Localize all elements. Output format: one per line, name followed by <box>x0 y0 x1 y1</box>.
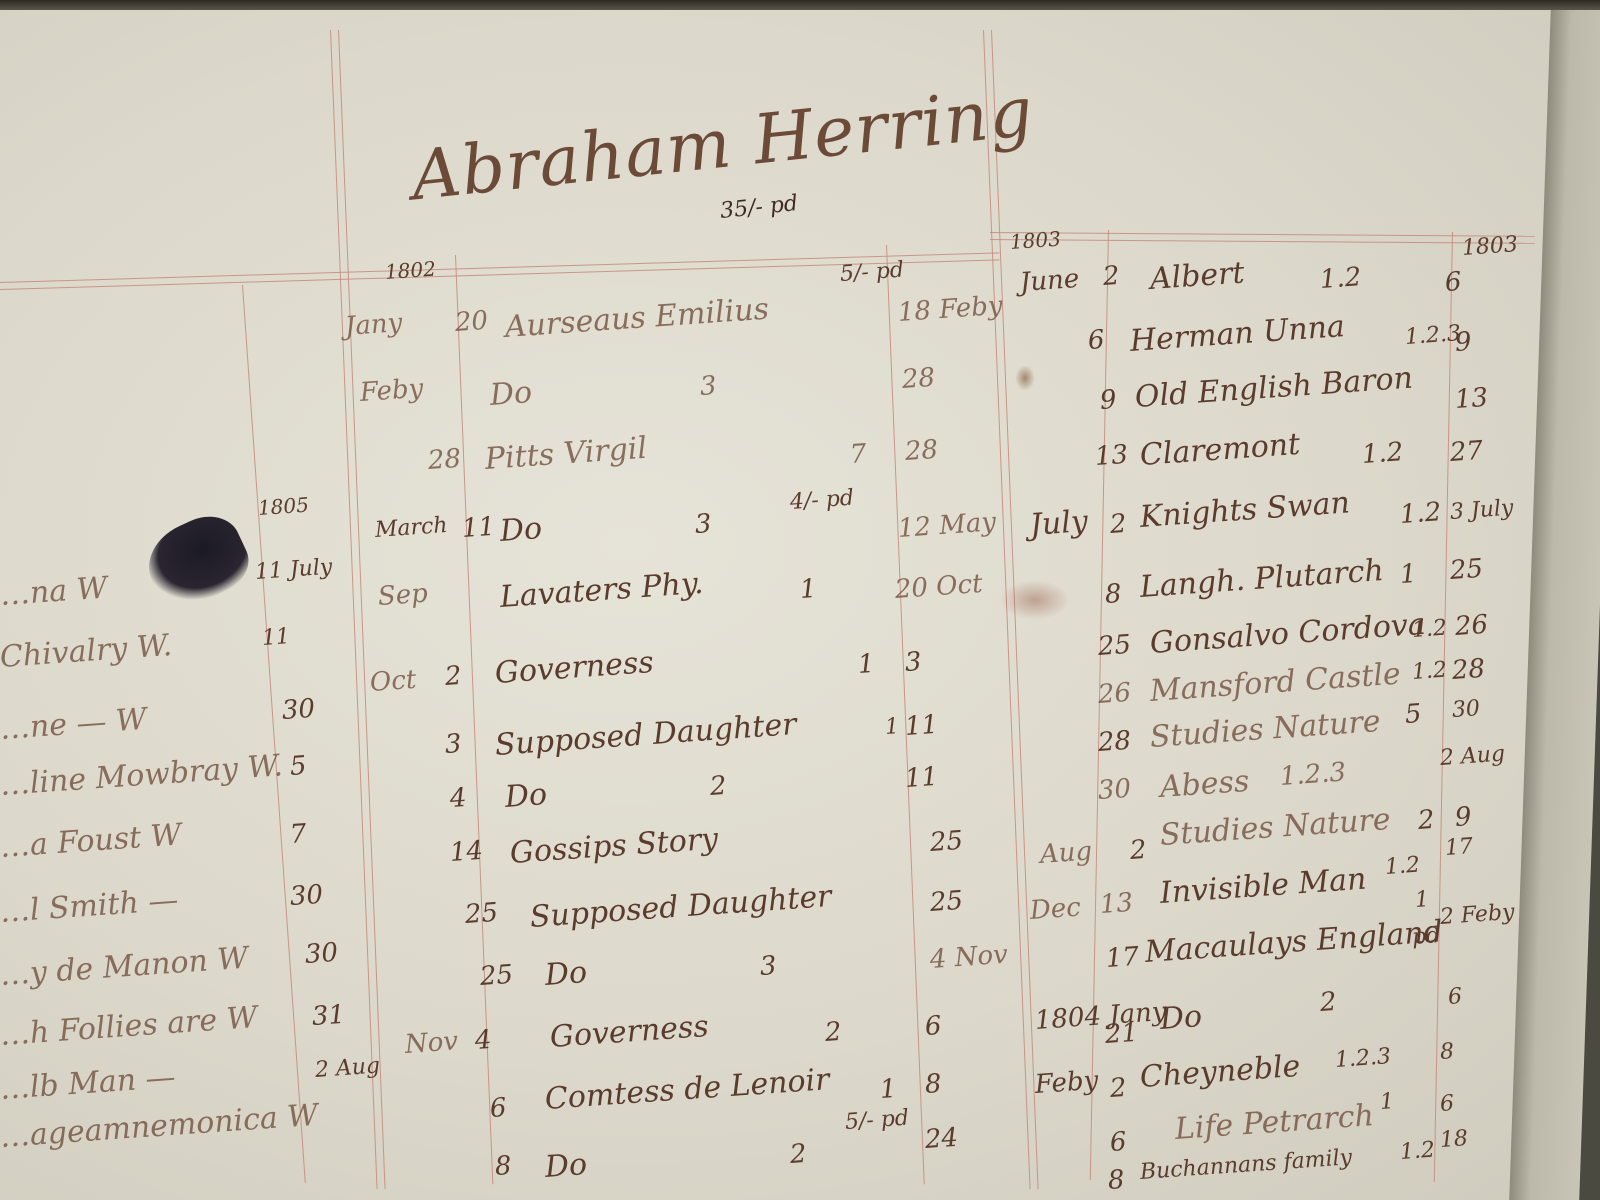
entry-day: 2 <box>444 661 463 692</box>
entry-day: 9 <box>1099 385 1118 416</box>
entry-month: Jany <box>344 308 403 342</box>
entry-month: Feby <box>1034 1066 1099 1100</box>
entry-returned: 26 <box>1454 610 1489 642</box>
entry-vols: 2 <box>1417 805 1436 836</box>
left-entry-date: 30 <box>289 880 324 912</box>
entry-day: 17 <box>1105 942 1140 974</box>
entry-vols: 3 <box>699 371 718 402</box>
entry-day: 4 <box>449 783 468 814</box>
entry-day: 28 <box>1097 726 1132 758</box>
entry-returned: 28 <box>1451 654 1486 686</box>
entry-vols: 2 <box>1319 987 1338 1018</box>
entry-day: 20 <box>454 306 489 338</box>
entry-vols: 1 <box>1399 559 1418 590</box>
entry-day: 11 <box>461 512 496 544</box>
entry-returned: 27 <box>1449 436 1484 468</box>
entry-returned: 25 <box>929 826 964 858</box>
entry-returned: 30 <box>1451 696 1481 723</box>
entry-day: 8 <box>1104 579 1123 610</box>
entry-day: 26 <box>1097 678 1132 710</box>
entry-vols: 2 <box>824 1017 843 1048</box>
entry-vols: 1 <box>879 1074 898 1105</box>
left-year: 1805 <box>257 492 309 519</box>
entry-day: 30 <box>1097 774 1132 806</box>
entry-month: Nov <box>404 1026 459 1060</box>
right-return-year: 1803 <box>1461 232 1519 261</box>
entry-vols: 3 <box>759 951 778 982</box>
entry-note: 5/- pd <box>844 1106 910 1135</box>
entry-returned: 2 Aug <box>1439 741 1506 770</box>
entry-month: June <box>1019 264 1080 298</box>
entry-vols: 1.2 <box>1399 497 1442 530</box>
paper-stain <box>1015 365 1035 391</box>
right-year: 1803 <box>1009 226 1061 253</box>
entry-vols: 1.2 <box>1411 616 1448 643</box>
left-entry-date: 30 <box>304 938 339 970</box>
entry-returned: 28 <box>904 435 939 467</box>
entry-returned: 8 <box>1439 1039 1455 1065</box>
left-entry-date: 30 <box>281 694 316 726</box>
entry-returned: 28 <box>901 363 936 395</box>
entry-returned: 6 <box>1444 267 1463 298</box>
entry-day: 14 <box>449 836 484 868</box>
entry-day: 25 <box>1097 630 1132 662</box>
entry-vols: 1.2 <box>1361 437 1404 470</box>
entry-returned: 4 Nov <box>929 940 1009 975</box>
entry-returned: 20 Oct <box>894 569 984 605</box>
entry-title: Abess <box>1159 764 1251 805</box>
entry-day: 3 <box>444 729 463 760</box>
entry-month: Dec <box>1029 892 1082 925</box>
entry-title: Do <box>544 955 588 993</box>
entry-title: Do <box>504 777 548 815</box>
entry-day: 2 <box>1109 509 1128 540</box>
entry-vols: 1 <box>884 714 900 740</box>
entry-vols: 2 <box>789 1139 808 1170</box>
entry-returned: 17 <box>1444 834 1474 861</box>
entry-day: 28 <box>427 444 462 476</box>
entry-month: Oct <box>369 665 417 698</box>
entry-vols: 1 <box>799 574 818 605</box>
ledger-photo: Abraham Herring 35/- pd 1805 …na W 11 Ju… <box>0 0 1600 1200</box>
entry-vols: 2 <box>709 771 728 802</box>
entry-vols: 1 <box>1414 887 1430 913</box>
entry-day: 21 <box>1104 1018 1139 1050</box>
entry-day: 8 <box>1107 1165 1126 1196</box>
entry-note: 4/- pd <box>789 486 855 515</box>
entry-returned: 9 <box>1454 327 1473 358</box>
entry-day: 4 <box>474 1025 493 1056</box>
entry-day: 25 <box>479 960 514 992</box>
entry-returned: 25 <box>929 886 964 918</box>
left-entry-date: 7 <box>289 819 308 850</box>
left-entry-date: 31 <box>311 1000 346 1032</box>
left-entry-date: 2 Aug <box>314 1053 381 1082</box>
left-entry-date: 11 <box>261 624 291 651</box>
entry-day: 6 <box>489 1093 508 1124</box>
entry-returned: 8 <box>924 1069 943 1100</box>
entry-note: pd <box>1411 923 1441 950</box>
entry-vols: 1.2 <box>1319 262 1362 295</box>
entry-title: Do <box>489 375 533 413</box>
entry-month: July <box>1029 504 1089 543</box>
paper-stain <box>1000 580 1070 620</box>
entry-title: Do <box>499 511 543 549</box>
entry-month: Feby <box>359 374 424 408</box>
entry-returned: 6 <box>924 1011 943 1042</box>
entry-vols: 1.2 <box>1384 853 1421 880</box>
middle-paid-note: 5/- pd <box>839 258 905 287</box>
entry-returned: 6 <box>1447 984 1463 1010</box>
entry-day: 6 <box>1087 325 1106 356</box>
entry-returned: 2 Feby <box>1439 900 1515 930</box>
entry-title: Do <box>544 1147 588 1185</box>
entry-returned: 3 <box>904 647 923 678</box>
entry-month: Aug <box>1039 836 1093 870</box>
entry-returned: 13 <box>1454 383 1489 415</box>
entry-month: Sep <box>377 579 429 612</box>
entry-vols: 1 <box>1379 1089 1395 1115</box>
entry-day: 13 <box>1099 888 1134 920</box>
entry-title: Do <box>1159 999 1203 1037</box>
entry-returned: 11 <box>904 710 939 742</box>
entry-vols: 1.2.3 <box>1279 757 1347 792</box>
entry-returned: 9 <box>1454 802 1473 833</box>
entry-returned: 24 <box>924 1123 959 1155</box>
entry-title: Albert <box>1149 255 1246 297</box>
entry-vols: 1.2.3 <box>1404 321 1462 350</box>
entry-month: March <box>374 513 448 543</box>
entry-day: 2 <box>1109 1073 1128 1104</box>
entry-day: 8 <box>494 1151 513 1182</box>
entry-vols: 1.2.3 <box>1334 1044 1392 1073</box>
entry-day: 6 <box>1109 1127 1128 1158</box>
entry-vols: 1.2 <box>1411 658 1448 685</box>
entry-vols: 5 <box>1404 699 1423 730</box>
entry-vols: 7 <box>849 439 868 470</box>
entry-day: 13 <box>1094 440 1129 472</box>
entry-day: 2 <box>1102 261 1121 292</box>
entry-returned: 6 <box>1439 1091 1455 1117</box>
left-entry-date: 5 <box>289 751 308 782</box>
entry-returned: 3 July <box>1449 496 1514 525</box>
entry-returned: 11 <box>904 762 939 794</box>
entry-vols: 3 <box>694 509 713 540</box>
entry-day: 25 <box>464 898 499 930</box>
entry-day: 2 <box>1129 835 1148 866</box>
middle-year: 1802 <box>384 256 436 283</box>
entry-returned: 18 <box>1439 1126 1469 1153</box>
entry-vols: 1 <box>857 649 876 680</box>
entry-returned: 25 <box>1449 554 1484 586</box>
entry-vols: 1.2 <box>1399 1138 1436 1165</box>
